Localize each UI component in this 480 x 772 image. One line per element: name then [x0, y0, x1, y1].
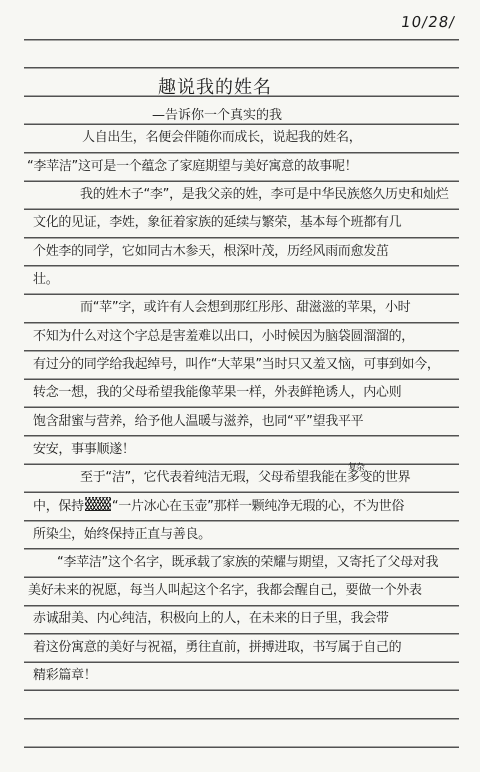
- handwritten-text: 转念一想，我的父母希望我能像苹果一样，外表鲜艳诱人，内心则: [33, 385, 401, 400]
- handwritten-text: 至于“洁”，它代表着纯洁无瑕，父母希望我能在: [80, 470, 347, 485]
- handwritten-line: 文化的见证，李姓，象征着家族的延续与繁荣，基本每个班都有几: [33, 214, 401, 232]
- handwritten-text: 有过分的同学给我起绰号，叫作“大苹果”当时只又羞又恼，可事到如今，: [33, 357, 440, 372]
- handwritten-line: 我的姓木子“李”，是我父亲的姓，李可是中华民族悠久历史和灿烂: [80, 186, 448, 204]
- handwritten-text: 的世界: [372, 470, 410, 485]
- handwritten-text: “李苹洁”这个名字，既承载了家族的荣耀与期望，又寄托了父母对我: [57, 555, 438, 570]
- handwritten-text: 我的姓木子“李”，是我父亲的姓，李可是中华民族悠久历史和灿烂: [80, 187, 448, 202]
- handwritten-line: 人自出生，名便会伴随你而成长，说起我的姓名，: [82, 129, 361, 147]
- handwritten-text: 壮。: [33, 272, 58, 287]
- handwritten-text: 所染尘，始终保持正直与善良。: [33, 527, 211, 542]
- handwritten-text: 不知为什么对这个字总是害羞难以出口，小时候因为脑袋圆溜溜的，: [33, 329, 414, 344]
- notebook-page: 10/28/ 趣说我的姓名 —告诉你一个真实的我 人自出生，名便会伴随你而成长，…: [0, 0, 480, 772]
- handwritten-text: “李苹洁”这可是一个蕴念了家庭期望与美好寓意的故事呢！: [27, 159, 357, 174]
- handwritten-text: 文化的见证，李姓，象征着家族的延续与繁荣，基本每个班都有几: [33, 215, 401, 230]
- handwritten-line: 至于“洁”，它代表着纯洁无瑕，父母希望我能在多变复杂的世界: [80, 469, 410, 487]
- handwritten-line: 精彩篇章！: [33, 667, 97, 685]
- corrected-word: 多变复杂: [347, 469, 372, 487]
- handwritten-line: 赤诚甜美、内心纯洁，积极向上的人，在未来的日子里，我会带: [33, 610, 389, 628]
- handwritten-line: 着这份寓意的美好与祝福，勇往直前，拼搏进取，书写属于自己的: [33, 639, 401, 657]
- handwritten-text: “一片冰心在玉壶”那样一颗纯净无瑕的心，不为世俗: [112, 499, 404, 514]
- handwritten-line: 美好未来的祝愿，每当人叫起这个名字，我都会醒自己，要做一个外表: [28, 582, 422, 600]
- handwritten-text: 饱含甜蜜与营养，给予他人温暖与滋养，也同“平”望我平平: [33, 414, 363, 429]
- handwritten-text: 个姓李的同学，它如同古木参天，根深叶茂，历经风雨而愈发茁: [33, 244, 389, 259]
- handwritten-line: “李苹洁”这可是一个蕴念了家庭期望与美好寓意的故事呢！: [27, 158, 357, 176]
- handwritten-line: 饱含甜蜜与营养，给予他人温暖与滋养，也同“平”望我平平: [33, 413, 363, 431]
- handwritten-line: 而“苹”字，或许有人会想到那红彤彤、甜滋滋的苹果，小时: [80, 299, 410, 317]
- crossed-out-scribble: [85, 497, 111, 511]
- handwritten-line: 有过分的同学给我起绰号，叫作“大苹果”当时只又羞又恼，可事到如今，: [33, 356, 440, 374]
- handwritten-text: 中，保持: [33, 499, 84, 514]
- date-annotation: 10/28/: [400, 13, 457, 31]
- handwritten-text: 精彩篇章！: [33, 668, 97, 683]
- handwritten-text: 而“苹”字，或许有人会想到那红彤彤、甜滋滋的苹果，小时: [80, 300, 410, 315]
- insertion-annotation: 复杂: [348, 459, 364, 477]
- handwritten-line: 转念一想，我的父母希望我能像苹果一样，外表鲜艳诱人，内心则: [33, 384, 401, 402]
- handwritten-line: 所染尘，始终保持正直与善良。: [33, 526, 211, 544]
- handwritten-line: “李苹洁”这个名字，既承载了家族的荣耀与期望，又寄托了父母对我: [57, 554, 438, 572]
- handwritten-text: 人自出生，名便会伴随你而成长，说起我的姓名，: [82, 130, 361, 145]
- essay-title: 趣说我的姓名: [158, 73, 272, 99]
- handwritten-text: 安安，事事顺遂！: [33, 442, 135, 457]
- handwritten-line: 不知为什么对这个字总是害羞难以出口，小时候因为脑袋圆溜溜的，: [33, 328, 414, 346]
- handwritten-text: 赤诚甜美、内心纯洁，积极向上的人，在未来的日子里，我会带: [33, 611, 389, 626]
- handwritten-text: 美好未来的祝愿，每当人叫起这个名字，我都会醒自己，要做一个外表: [28, 583, 422, 598]
- handwritten-line: 中，保持“一片冰心在玉壶”那样一颗纯净无瑕的心，不为世俗: [33, 497, 404, 516]
- handwritten-line: 安安，事事顺遂！: [33, 441, 135, 459]
- handwritten-line: 壮。: [33, 271, 58, 289]
- essay-subtitle: —告诉你一个真实的我: [152, 104, 282, 123]
- handwritten-text: 着这份寓意的美好与祝福，勇往直前，拼搏进取，书写属于自己的: [33, 640, 401, 655]
- handwritten-line: 个姓李的同学，它如同古木参天，根深叶茂，历经风雨而愈发茁: [33, 243, 389, 261]
